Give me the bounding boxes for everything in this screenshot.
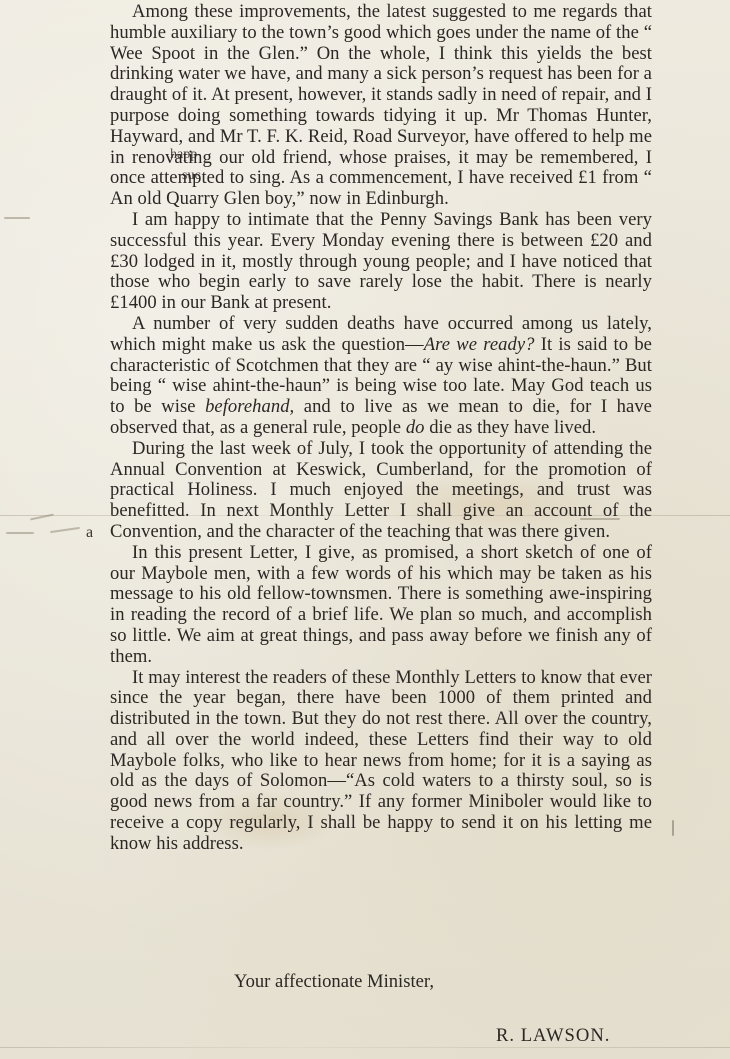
- letter-body: Among these improvements, the latest sug…: [110, 2, 652, 855]
- paragraph-text: In this present Letter, I give, as promi…: [110, 542, 652, 667]
- paper-tear-mark: [672, 820, 674, 836]
- fold-crease: [0, 1047, 730, 1048]
- signature: R. LAWSON.: [496, 1025, 610, 1047]
- paragraph-sudden-deaths: A number of very sudden deaths have occu…: [110, 314, 652, 439]
- document-page: a Among these improvements, the latest s…: [0, 0, 730, 1059]
- paragraph-present-letter: In this present Letter, I give, as promi…: [110, 543, 652, 668]
- overprint-fragment: suc: [182, 168, 201, 184]
- paragraph-text: It may interest the readers of these Mon…: [110, 667, 652, 854]
- paragraph-keswick: During the last week of July, I took the…: [110, 439, 652, 543]
- paper-tear-mark: [4, 217, 30, 219]
- paragraph-monthly-letters: It may interest the readers of these Mon…: [110, 668, 652, 855]
- overprint-fragment: happ: [170, 147, 197, 163]
- italic-phrase: Are we ready?: [424, 334, 535, 355]
- paragraph-text: die as they have lived.: [425, 417, 597, 438]
- italic-phrase: beforehand,: [205, 396, 294, 417]
- italic-phrase: do: [406, 417, 425, 438]
- paragraph-text: I am happy to intimate that the Penny Sa…: [110, 209, 652, 313]
- paper-tear-mark: [6, 532, 34, 534]
- paragraph-text: During the last week of July, I took the…: [110, 438, 652, 542]
- paragraph-savings-bank: I am happy to intimate that the Penny Sa…: [110, 210, 652, 314]
- paper-tear-mark: [50, 527, 80, 533]
- margin-letter: a: [86, 524, 93, 542]
- closing-salutation: Your affectionate Minister,: [234, 971, 434, 993]
